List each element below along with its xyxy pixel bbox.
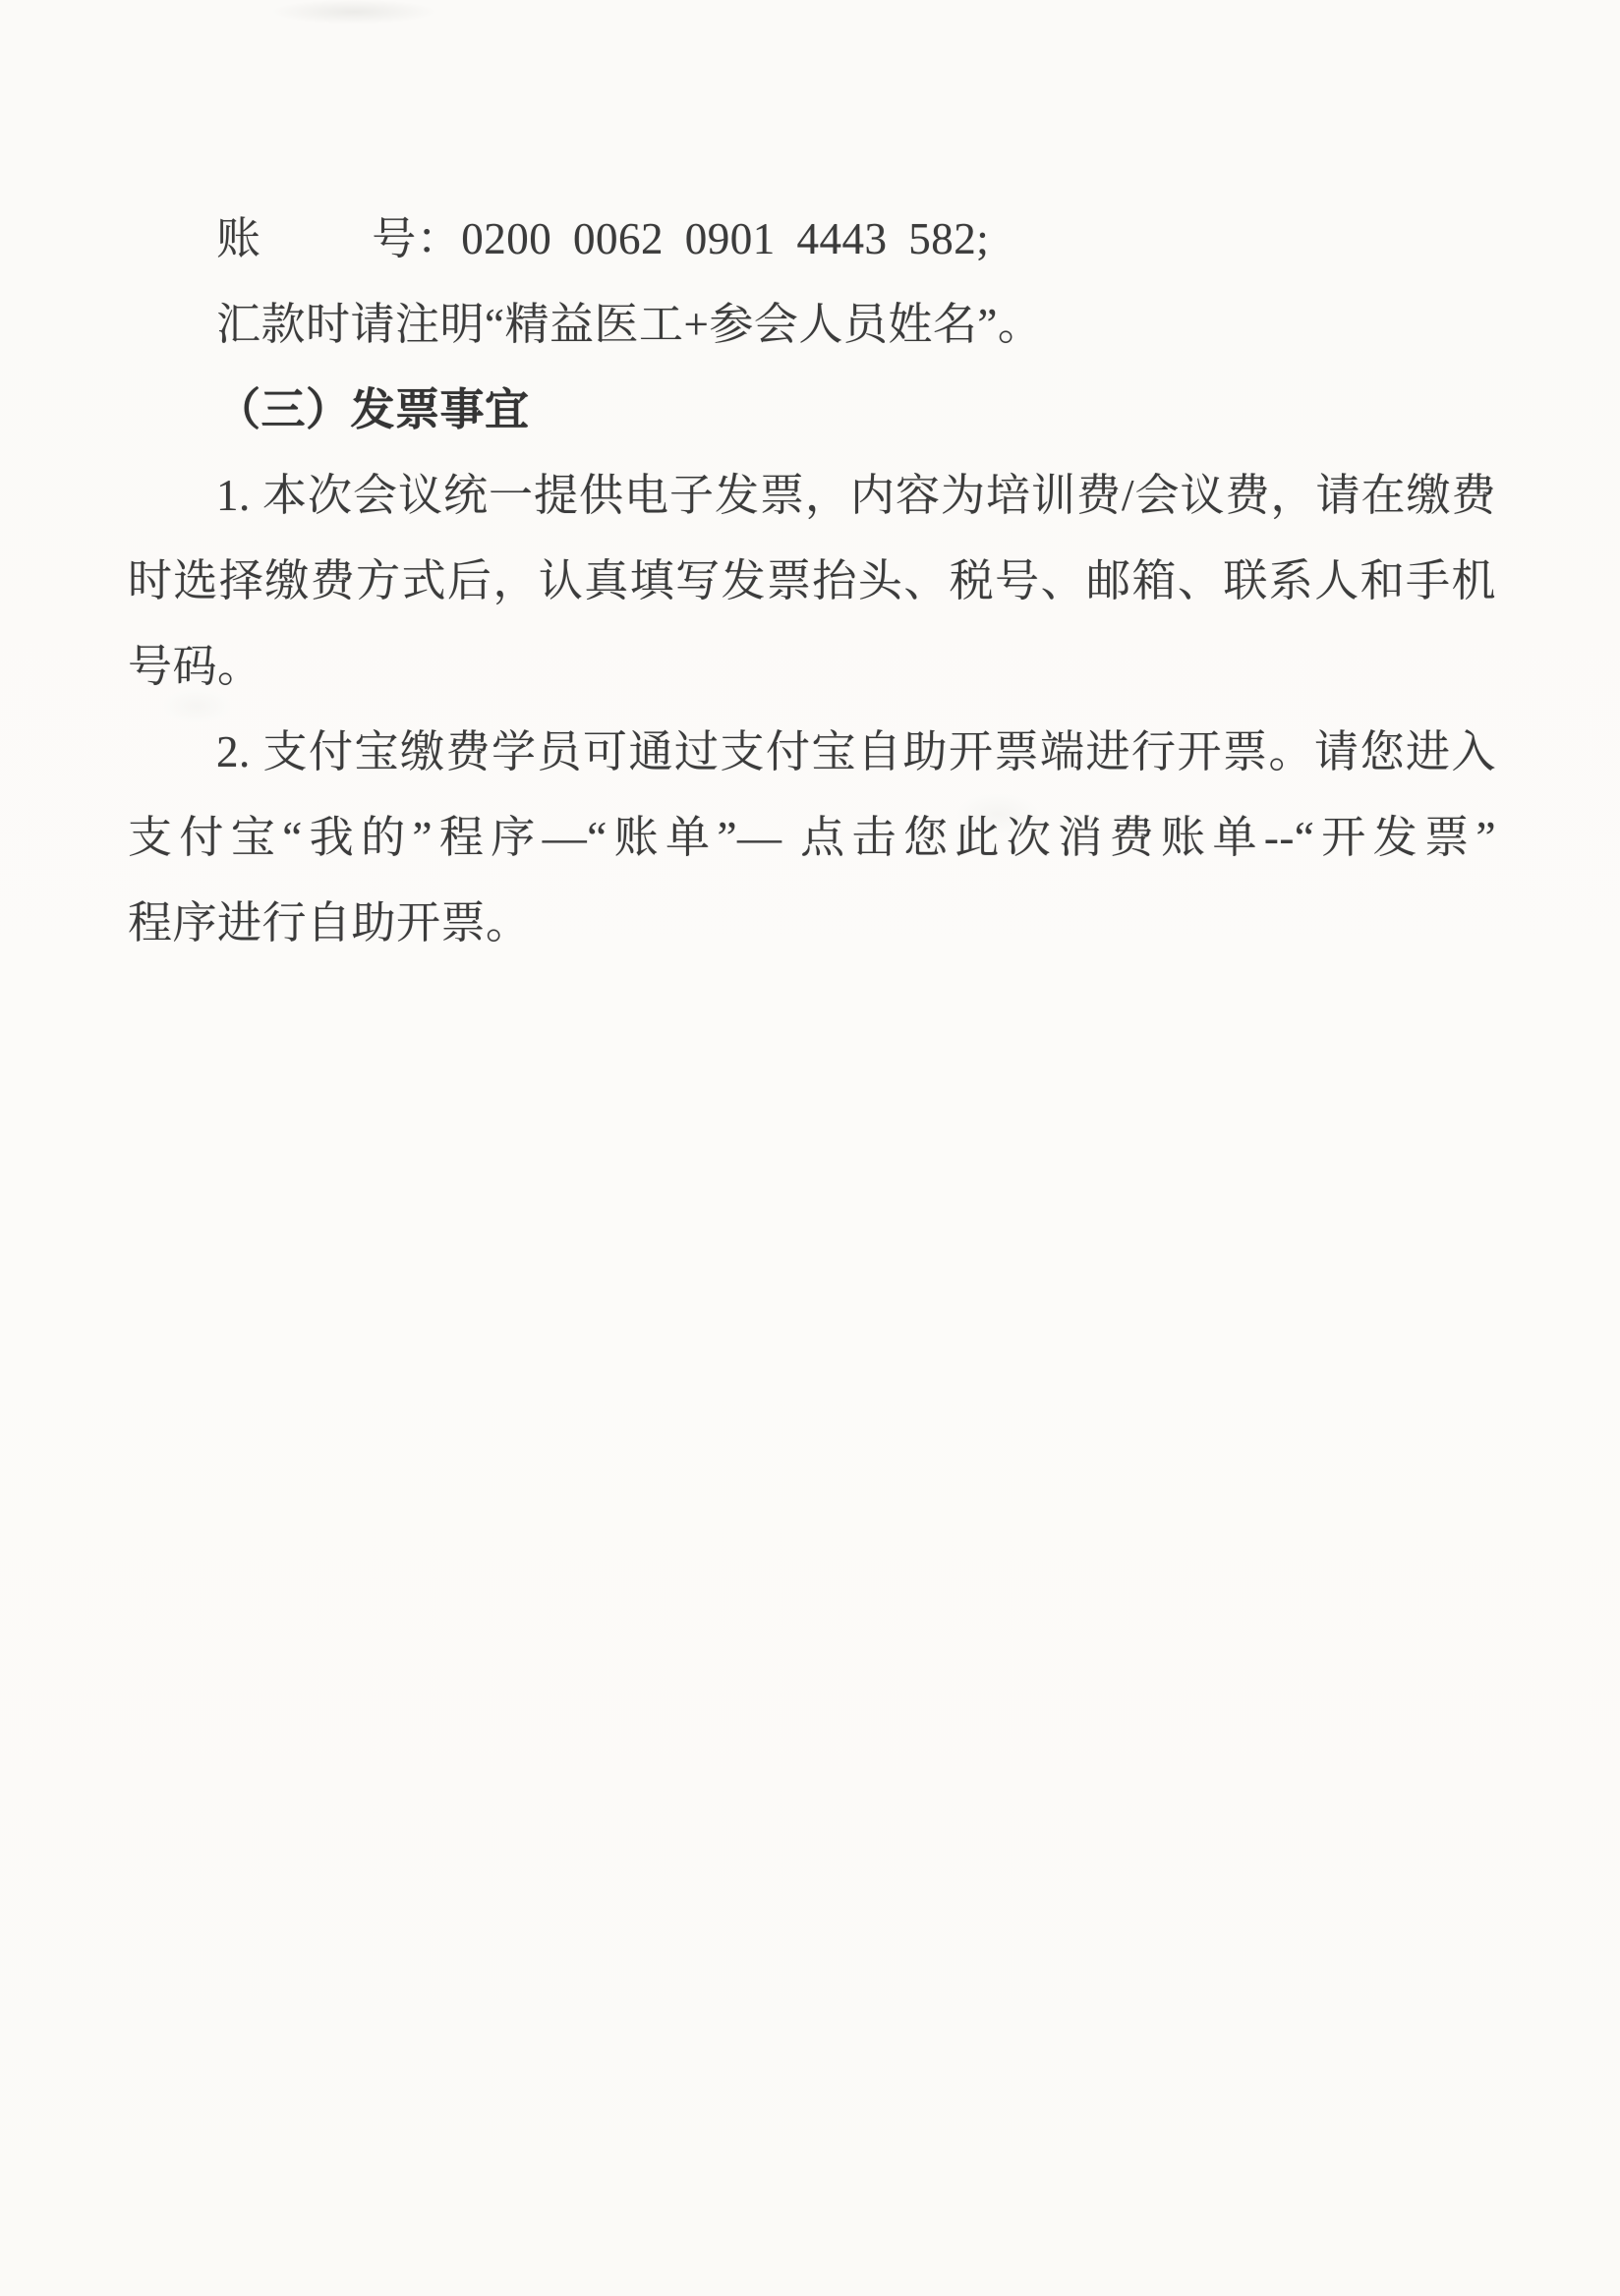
- paragraph-2-line-3: 程序进行自助开票。: [128, 881, 1496, 966]
- paragraph-1-line-2: 时选择缴费方式后，认真填写发票抬头、税号、邮箱、联系人和手机: [128, 539, 1496, 624]
- section-heading-invoice-matters: （三）发票事宜: [128, 368, 1496, 453]
- paragraph-1-line-3: 号码。: [128, 624, 1496, 710]
- paragraph-1-line-1: 1. 本次会议统一提供电子发票，内容为培训费/会议费，请在缴费: [128, 453, 1496, 539]
- paragraph-2-line-1: 2. 支付宝缴费学员可通过支付宝自助开票端进行开票。请您进入: [128, 710, 1496, 795]
- document-page: 账 号：0200 0062 0901 4443 582; 汇款时请注明“精益医工…: [0, 0, 1620, 2296]
- body-text: 账 号：0200 0062 0901 4443 582; 汇款时请注明“精益医工…: [128, 197, 1496, 966]
- remittance-note-line: 汇款时请注明“精益医工+参会人员姓名”。: [128, 282, 1496, 368]
- paragraph-2-line-2: 支付宝“我的”程序—“账单”— 点击您此次消费账单--“开发票”: [128, 795, 1496, 881]
- account-number-line: 账 号：0200 0062 0901 4443 582;: [128, 197, 1496, 282]
